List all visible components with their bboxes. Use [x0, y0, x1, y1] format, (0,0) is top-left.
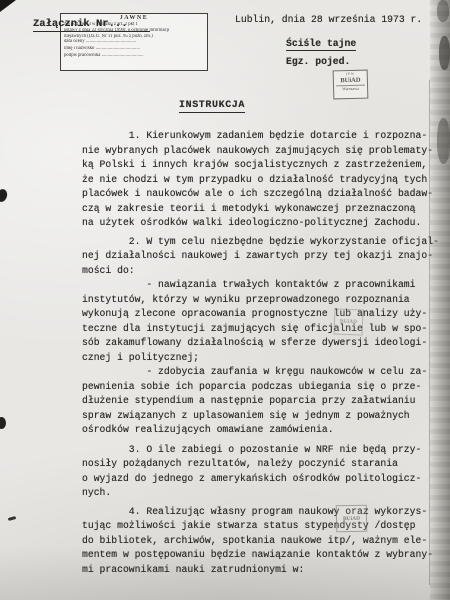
paragraph-1: 1. Kierunkowym zadaniem będzie dotarcie …: [82, 129, 442, 231]
scan-artifact-blob: [437, 0, 449, 22]
scan-artifact-blob: [437, 118, 450, 164]
classification-label: Ściśle tajne: [286, 38, 356, 51]
scan-artifact-mark: [8, 516, 17, 521]
declass-stamp-field-signature: podpis pracownika ......................…: [64, 53, 204, 60]
paragraph-3: 3. O ile zabiegi o pozostanie w NRF nie …: [82, 443, 442, 501]
declass-stamp-field-name: imię i nazwisko ........................…: [64, 46, 204, 53]
declass-stamp-field-date: data oceny .............................…: [64, 39, 204, 46]
copy-number-label: Egz. pojed.: [286, 56, 350, 67]
scanned-document: { "header": { "date_line": "Lublin, dnia…: [0, 0, 450, 600]
document-body: 1. Kierunkowym zadaniem będzie dotarcie …: [82, 129, 442, 577]
scan-artifact-blob: [0, 188, 9, 203]
document-title: INSTRUKCJA: [179, 100, 245, 113]
scan-artifact-blob: [439, 36, 450, 70]
archive-stamp-name: BUiAD: [334, 76, 367, 84]
scan-artifact-corner: [0, 0, 16, 12]
page-edge-line: [429, 80, 430, 585]
faint-stamp-2: BUiAD: [336, 505, 367, 533]
paragraph-4: 4. Realizując własny program naukowy ora…: [82, 505, 442, 578]
scan-artifact-blob: [0, 417, 6, 429]
archive-stamp-city: Warszawa: [336, 85, 365, 93]
scan-edge-right: [430, 0, 450, 600]
date-line: Lublin, dnia 28 września 1973 r.: [235, 14, 422, 25]
attachment-label: Załącznik Nr...: [33, 18, 150, 32]
archive-stamp: IPN BUiAD Warszawa: [333, 70, 369, 100]
paragraph-2: 2. W tym celu niezbędne będzie wykorzyst…: [82, 235, 442, 438]
faint-stamp-1: BUiAD: [334, 309, 364, 336]
